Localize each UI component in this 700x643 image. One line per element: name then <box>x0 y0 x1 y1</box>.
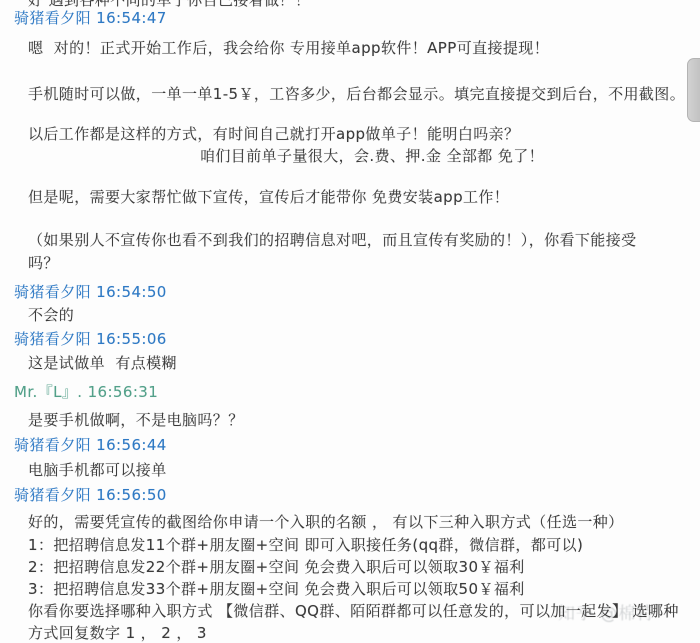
chat-message-text: 你看你要选择哪种入职方式 【微信群、QQ群、陌陌群都可以任意发的，可以加一起发】… <box>28 602 679 621</box>
chat-message-text: 2：把招聘信息发22个群+朋友圈+空间 免会费入职后可以领取30￥福利 <box>28 558 525 577</box>
chat-message-text: 是要手机做啊，不是电脑吗？？ <box>28 411 244 430</box>
scrollbar-thumb[interactable] <box>687 58 700 122</box>
chat-message-text: 吗？ <box>28 254 59 273</box>
chat-message-text: 手机随时可以做，一单一单1-5￥，工咨多少，后台都会显示。填完直接提交到后台，不… <box>28 85 685 104</box>
chat-message-text: 但是呢，需要大家帮忙做下宣传，宣传后才能带你 免费安装app工作！ <box>28 188 509 207</box>
chat-message-text: 电脑手机都可以接单 <box>28 461 167 480</box>
chat-sender-timestamp: 骑猪看夕阳 16:54:47 <box>14 9 167 28</box>
chat-message-text: 咱们目前单子量很大，会.费、押.金 全部都 免了！ <box>200 147 544 166</box>
chat-log-screen: 知乎 @棉特 好 遇到各种不同的单子你自己接着做？！骑猪看夕阳 16:54:47… <box>0 0 700 643</box>
chat-sender-timestamp: 骑猪看夕阳 16:56:44 <box>14 436 167 455</box>
chat-message-text: 以后工作都是这样的方式，有时间自己就打开app做单子！能明白吗亲？ <box>28 125 519 144</box>
chat-message-text: 1：把招聘信息发11个群+朋友圈+空间 即可入职接任务(qq群，微信群，都可以) <box>28 536 583 555</box>
chat-sender-timestamp: 骑猪看夕阳 16:54:50 <box>14 283 167 302</box>
scrollbar-track[interactable] <box>686 0 700 643</box>
chat-message-text: 3：把招聘信息发33个群+朋友圈+空间 免会费入职后可以领取50￥福利 <box>28 580 525 599</box>
chat-sender-timestamp: 骑猪看夕阳 16:56:50 <box>14 486 167 505</box>
chat-message-text: 方式回复数字 1 ， 2 ， 3 <box>28 624 207 643</box>
chat-message-text: 这是试做单 有点模糊 <box>28 354 177 373</box>
chat-sender-timestamp: Mr.『L』. 16:56:31 <box>14 383 158 402</box>
chat-message-text: 不会的 <box>28 306 74 325</box>
chat-message-text: 好的，需要凭宣传的截图给你申请一个入职的名额 ， 有以下三种入职方式（任选一种） <box>28 513 624 532</box>
chat-message-text: 嗯 对的！正式开始工作后，我会给你 专用接单app软件！APP可直接提现！ <box>28 39 549 58</box>
chat-sender-timestamp: 骑猪看夕阳 16:55:06 <box>14 330 167 349</box>
chat-message-text: （如果别人不宣传你也看不到我们的招聘信息对吧，而且宣传有奖励的！），你看下能接受 <box>28 231 637 250</box>
